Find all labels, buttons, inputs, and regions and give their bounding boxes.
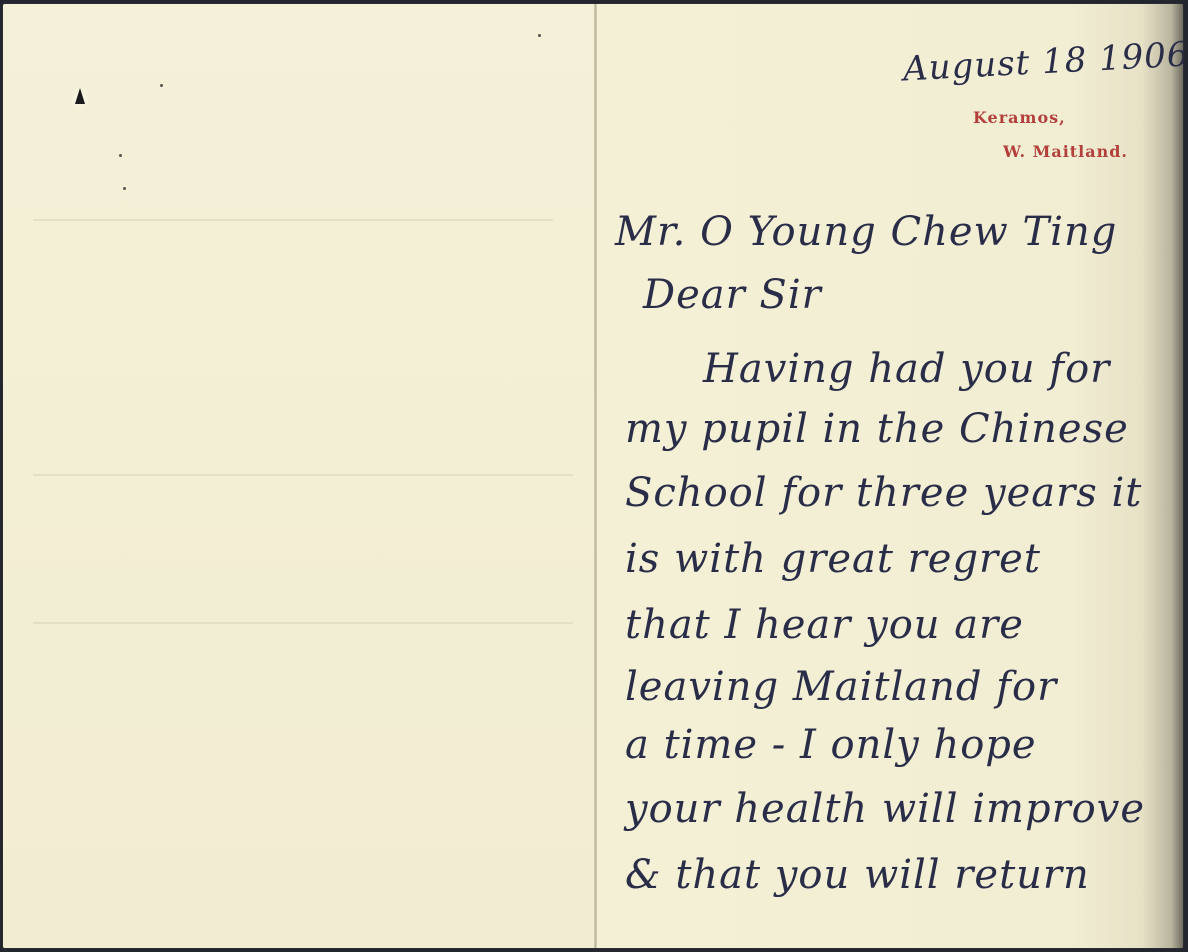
ink-speck [123,187,126,190]
body-line: & that you will return [625,852,1090,898]
body-line: a time - I only hope [625,722,1037,768]
scanned-document: August 18 1906 Keramos, W. Maitland. Mr.… [0,0,1188,952]
ink-speck [119,154,122,157]
body-line: leaving Maitland for [625,664,1057,710]
body-line: School for three years it [625,470,1142,516]
salutation: Dear Sir [643,272,822,318]
letterhead-house-name: Keramos, [973,108,1066,127]
letter-sheet: August 18 1906 Keramos, W. Maitland. Mr.… [3,4,1183,948]
letterhead-town: W. Maitland. [1003,142,1128,161]
body-line: your health will improve [625,786,1145,832]
paper-crease [33,474,573,476]
body-line: is with great regret [625,536,1041,582]
paper-crease [33,219,553,221]
ink-speck [538,34,541,37]
ink-speck [160,84,163,87]
body-line: that I hear you are [625,602,1024,648]
addressee: Mr. O Young Chew Ting [615,209,1117,255]
paper-crease [33,622,573,624]
body-line: Having had you for [703,346,1110,392]
pin-hole-mark [75,88,85,104]
body-line: my pupil in the Chinese [625,406,1129,452]
left-page-blank [3,4,595,948]
